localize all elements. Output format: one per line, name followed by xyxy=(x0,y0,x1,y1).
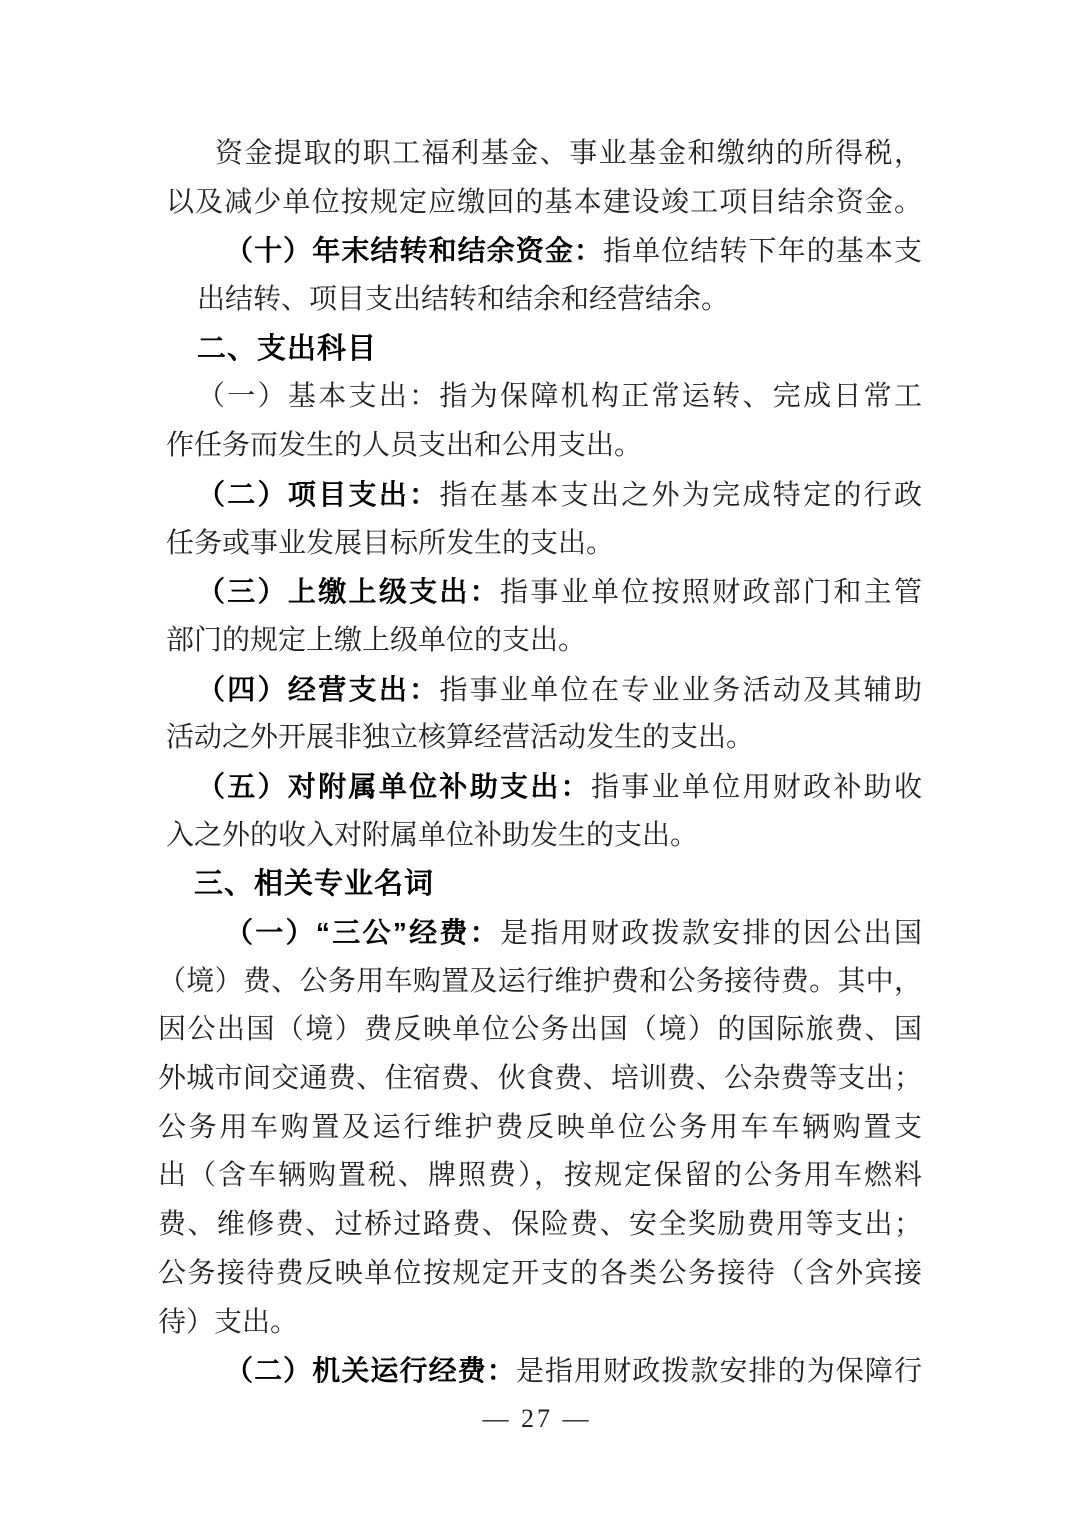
text-line: 入之外的收入对附属单位补助发生的支出。 xyxy=(158,812,922,861)
text-segment: 出结转、项目支出结转和结余和经营结余。 xyxy=(197,284,729,315)
text-segment: 外城市间交通费、住宿费、伙食费、培训费、公杂费等支出； xyxy=(158,1063,922,1094)
text-segment-bold: 二、支出科目 xyxy=(197,333,377,365)
text-line: 部门的规定上缴上级单位的支出。 xyxy=(158,617,922,666)
text-line: 公务接待费反映单位按规定开支的各类公务接待（含外宾接 xyxy=(158,1250,922,1299)
text-line: （三）上缴上级支出：指事业单位按照财政部门和主管 xyxy=(158,568,922,617)
heading-line: 二、支出科目 xyxy=(158,325,922,374)
text-segment-bold: （二）项目支出： xyxy=(197,479,439,510)
text-segment: （一）基本支出：指为保障机构正常运转、完成日常工 xyxy=(197,381,922,412)
text-segment: 是指用财政拨款安排的为保障行 xyxy=(516,1356,922,1387)
document-body: 资金提取的职工福利基金、事业基金和缴纳的所得税，以及减少单位按规定应缴回的基本建… xyxy=(158,130,922,1396)
text-line: 因公出国（境）费反映单位公务出国（境）的国际旅费、国 xyxy=(158,1006,922,1055)
text-line: （五）对附属单位补助支出：指事业单位用财政补助收 xyxy=(158,763,922,812)
page-number: — 27 — xyxy=(483,1404,592,1433)
text-segment-bold: （四）经营支出： xyxy=(197,674,439,705)
text-segment: 公务用车购置及运行维护费反映单位公务用车车辆购置支 xyxy=(158,1112,922,1143)
text-line: 活动之外开展非独立核算经营活动发生的支出。 xyxy=(158,714,922,763)
text-segment: 出（含车辆购置税、牌照费），按规定保留的公务用车燃料 xyxy=(158,1160,922,1191)
text-line: 出结转、项目支出结转和结余和经营结余。 xyxy=(158,276,922,325)
text-segment: 任务或事业发展目标所发生的支出。 xyxy=(166,528,614,559)
text-line: 作任务而发生的人员支出和公用支出。 xyxy=(158,422,922,471)
text-segment-bold: （五）对附属单位补助支出： xyxy=(197,771,591,802)
text-segment: 作任务而发生的人员支出和公用支出。 xyxy=(166,430,642,461)
text-segment: 是指用财政拨款安排的因公出国 xyxy=(500,918,922,949)
document-page: 资金提取的职工福利基金、事业基金和缴纳的所得税，以及减少单位按规定应缴回的基本建… xyxy=(0,0,1074,1520)
text-line: （四）经营支出：指事业单位在专业业务活动及其辅助 xyxy=(158,666,922,715)
text-segment-bold: （一）“三公”经费： xyxy=(225,917,500,948)
text-segment: 公务接待费反映单位按规定开支的各类公务接待（含外宾接 xyxy=(158,1258,922,1289)
text-segment: 指事业单位在专业业务活动及其辅助 xyxy=(439,675,922,706)
text-line: 待）支出。 xyxy=(158,1299,922,1348)
text-line: （一）“三公”经费：是指用财政拨款安排的因公出国 xyxy=(158,909,922,958)
text-segment: 因公出国（境）费反映单位公务出国（境）的国际旅费、国 xyxy=(158,1014,922,1045)
heading-line: 三、相关专业名词 xyxy=(158,860,922,909)
text-segment: 以及减少单位按规定应缴回的基本建设竣工项目结余资金。 xyxy=(166,187,922,218)
text-segment: 费、维修费、过桥过路费、保险费、安全奖励费用等支出； xyxy=(158,1209,922,1240)
text-segment: 活动之外开展非独立核算经营活动发生的支出。 xyxy=(166,722,754,753)
text-line: 外城市间交通费、住宿费、伙食费、培训费、公杂费等支出； xyxy=(158,1055,922,1104)
text-line: 费、维修费、过桥过路费、保险费、安全奖励费用等支出； xyxy=(158,1201,922,1250)
text-line: （十）年末结转和结余资金：指单位结转下年的基本支 xyxy=(158,227,922,276)
text-segment: 指事业单位用财政补助收 xyxy=(591,772,922,803)
text-line: （二）机关运行经费：是指用财政拨款安排的为保障行 xyxy=(158,1347,922,1396)
text-line: 以及减少单位按规定应缴回的基本建设竣工项目结余资金。 xyxy=(158,179,922,228)
text-segment-bold: （十）年末结转和结余资金： xyxy=(225,235,603,266)
text-line: （二）项目支出：指在基本支出之外为完成特定的行政 xyxy=(158,471,922,520)
text-segment: 指在基本支出之外为完成特定的行政 xyxy=(439,480,922,511)
text-line: （境）费、公务用车购置及运行维护费和公务接待费。其中， xyxy=(158,958,922,1007)
text-line: 资金提取的职工福利基金、事业基金和缴纳的所得税， xyxy=(158,130,922,179)
text-line: 出（含车辆购置税、牌照费），按规定保留的公务用车燃料 xyxy=(158,1152,922,1201)
page-footer: — 27 — xyxy=(0,1404,1074,1434)
text-segment: 入之外的收入对附属单位补助发生的支出。 xyxy=(166,820,698,851)
text-segment: 指事业单位按照财政部门和主管 xyxy=(500,577,922,608)
text-line: 公务用车购置及运行维护费反映单位公务用车车辆购置支 xyxy=(158,1104,922,1153)
text-segment: 待）支出。 xyxy=(158,1307,298,1338)
text-segment-bold: 三、相关专业名词 xyxy=(194,868,434,900)
text-segment-bold: （二）机关运行经费： xyxy=(225,1355,516,1386)
text-line: （一）基本支出：指为保障机构正常运转、完成日常工 xyxy=(158,373,922,422)
text-segment: 指单位结转下年的基本支 xyxy=(603,236,922,267)
text-line: 任务或事业发展目标所发生的支出。 xyxy=(158,520,922,569)
text-segment: 资金提取的职工福利基金、事业基金和缴纳的所得税， xyxy=(215,138,922,169)
text-segment-bold: （三）上缴上级支出： xyxy=(197,576,500,607)
text-segment: 部门的规定上缴上级单位的支出。 xyxy=(166,625,586,656)
text-segment: （境）费、公务用车购置及运行维护费和公务接待费。其中， xyxy=(158,966,922,997)
